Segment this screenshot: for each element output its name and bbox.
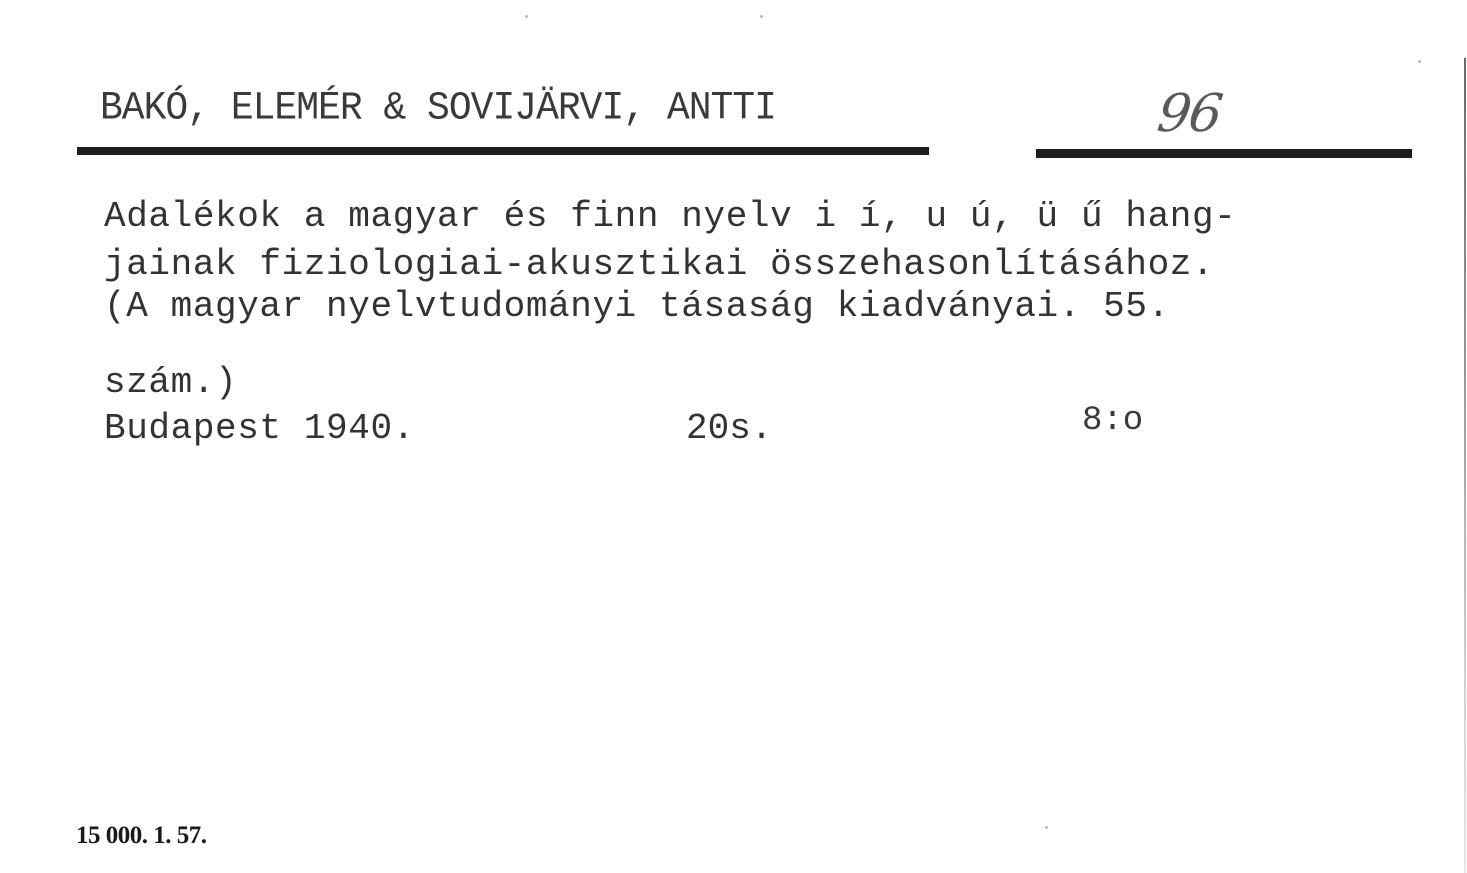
scan-speck <box>1045 826 1048 829</box>
author-heading: BAKÓ, ELEMÉR & SOVIJÄRVI, ANTTI <box>100 86 776 131</box>
scan-speck <box>525 15 528 18</box>
title-line-1: Adalékok a magyar és finn nyelv i í, u ú… <box>104 196 1236 237</box>
scan-speck <box>1418 60 1421 63</box>
call-number-rule <box>1036 149 1412 158</box>
scan-speck <box>760 15 763 18</box>
title-line-4: szám.) <box>104 362 237 403</box>
print-note: 15 000. 1. 57. <box>76 822 207 850</box>
title-line-2: jainak fiziologiai-akusztikai összehason… <box>104 244 1214 285</box>
catalog-card: BAKÓ, ELEMÉR & SOVIJÄRVI, ANTTI 96 Adalé… <box>0 0 1467 873</box>
imprint-pages: 20s. <box>686 408 772 449</box>
card-edge <box>1464 58 1466 873</box>
imprint-format: 8:o <box>1082 402 1143 440</box>
imprint-place-year: Budapest 1940. <box>104 408 415 449</box>
heading-rule <box>77 147 929 155</box>
title-line-3: (A magyar nyelvtudományi tásaság kiadván… <box>104 286 1170 327</box>
call-number: 96 <box>1154 84 1225 144</box>
